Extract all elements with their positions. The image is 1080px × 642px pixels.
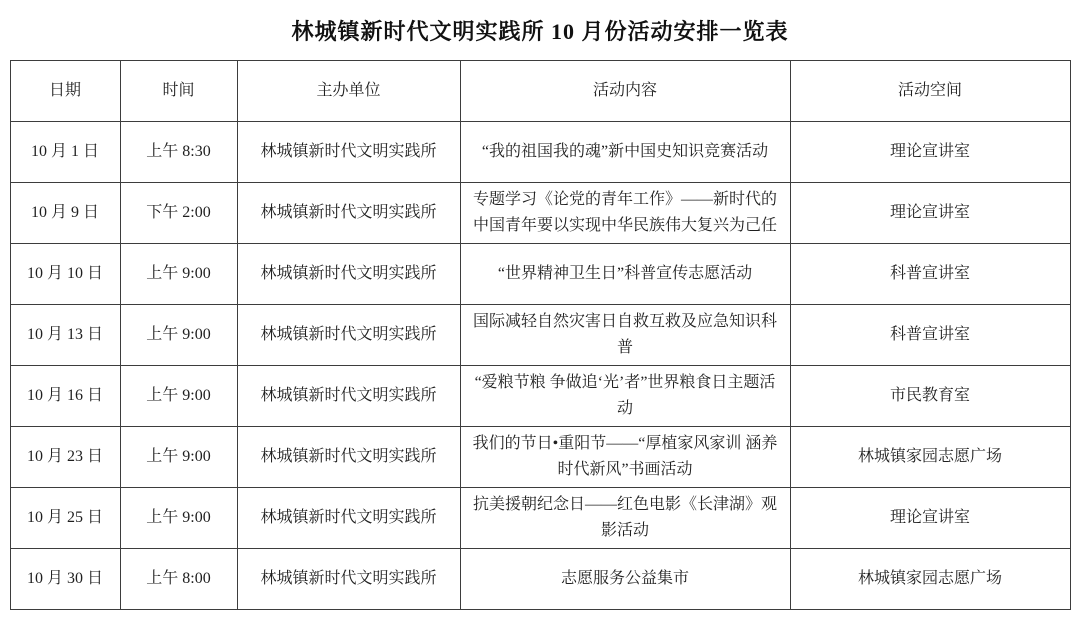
- cell-date: 10 月 1 日: [10, 122, 120, 183]
- cell-time: 上午 9:00: [120, 488, 237, 549]
- cell-time: 上午 9:00: [120, 366, 237, 427]
- cell-time: 上午 8:00: [120, 549, 237, 610]
- cell-activity: 志愿服务公益集市: [460, 549, 790, 610]
- cell-activity: 国际减轻自然灾害日自救互救及应急知识科普: [460, 305, 790, 366]
- cell-time: 下午 2:00: [120, 183, 237, 244]
- document-page: 林城镇新时代文明实践所 10 月份活动安排一览表 日期 时间 主办单位 活动内容…: [0, 0, 1080, 642]
- cell-activity: 专题学习《论党的青年工作》——新时代的中国青年要以实现中华民族伟大复兴为己任: [460, 183, 790, 244]
- cell-venue: 理论宣讲室: [790, 122, 1070, 183]
- cell-time: 上午 9:00: [120, 305, 237, 366]
- cell-organizer: 林城镇新时代文明实践所: [237, 183, 460, 244]
- cell-activity: “世界精神卫生日”科普宣传志愿活动: [460, 244, 790, 305]
- column-header-organizer: 主办单位: [237, 61, 460, 122]
- cell-time: 上午 9:00: [120, 244, 237, 305]
- cell-organizer: 林城镇新时代文明实践所: [237, 122, 460, 183]
- cell-venue: 林城镇家园志愿广场: [790, 427, 1070, 488]
- cell-date: 10 月 30 日: [10, 549, 120, 610]
- column-header-activity: 活动内容: [460, 61, 790, 122]
- cell-organizer: 林城镇新时代文明实践所: [237, 305, 460, 366]
- cell-venue: 市民教育室: [790, 366, 1070, 427]
- column-header-venue: 活动空间: [790, 61, 1070, 122]
- cell-venue: 科普宣讲室: [790, 305, 1070, 366]
- cell-date: 10 月 10 日: [10, 244, 120, 305]
- page-title: 林城镇新时代文明实践所 10 月份活动安排一览表: [0, 0, 1080, 60]
- cell-organizer: 林城镇新时代文明实践所: [237, 244, 460, 305]
- table-row: 10 月 13 日 上午 9:00 林城镇新时代文明实践所 国际减轻自然灾害日自…: [10, 305, 1070, 366]
- cell-activity: “我的祖国我的魂”新中国史知识竞赛活动: [460, 122, 790, 183]
- cell-activity: 我们的节日•重阳节——“厚植家风家训 涵养时代新风”书画活动: [460, 427, 790, 488]
- cell-organizer: 林城镇新时代文明实践所: [237, 366, 460, 427]
- cell-activity: 抗美援朝纪念日——红色电影《长津湖》观影活动: [460, 488, 790, 549]
- column-header-date: 日期: [10, 61, 120, 122]
- cell-time: 上午 8:30: [120, 122, 237, 183]
- table-header-row: 日期 时间 主办单位 活动内容 活动空间: [10, 61, 1070, 122]
- cell-date: 10 月 25 日: [10, 488, 120, 549]
- cell-activity: “爱粮节粮 争做追‘光’者”世界粮食日主题活动: [460, 366, 790, 427]
- table-row: 10 月 10 日 上午 9:00 林城镇新时代文明实践所 “世界精神卫生日”科…: [10, 244, 1070, 305]
- table-row: 10 月 23 日 上午 9:00 林城镇新时代文明实践所 我们的节日•重阳节—…: [10, 427, 1070, 488]
- cell-venue: 理论宣讲室: [790, 488, 1070, 549]
- cell-venue: 理论宣讲室: [790, 183, 1070, 244]
- cell-organizer: 林城镇新时代文明实践所: [237, 427, 460, 488]
- cell-time: 上午 9:00: [120, 427, 237, 488]
- cell-organizer: 林城镇新时代文明实践所: [237, 549, 460, 610]
- table-row: 10 月 25 日 上午 9:00 林城镇新时代文明实践所 抗美援朝纪念日——红…: [10, 488, 1070, 549]
- column-header-time: 时间: [120, 61, 237, 122]
- activity-schedule-table: 日期 时间 主办单位 活动内容 活动空间 10 月 1 日 上午 8:30 林城…: [10, 60, 1071, 610]
- table-row: 10 月 1 日 上午 8:30 林城镇新时代文明实践所 “我的祖国我的魂”新中…: [10, 122, 1070, 183]
- cell-date: 10 月 13 日: [10, 305, 120, 366]
- table-row: 10 月 9 日 下午 2:00 林城镇新时代文明实践所 专题学习《论党的青年工…: [10, 183, 1070, 244]
- cell-date: 10 月 9 日: [10, 183, 120, 244]
- cell-date: 10 月 23 日: [10, 427, 120, 488]
- cell-venue: 科普宣讲室: [790, 244, 1070, 305]
- table-row: 10 月 30 日 上午 8:00 林城镇新时代文明实践所 志愿服务公益集市 林…: [10, 549, 1070, 610]
- cell-venue: 林城镇家园志愿广场: [790, 549, 1070, 610]
- table-row: 10 月 16 日 上午 9:00 林城镇新时代文明实践所 “爱粮节粮 争做追‘…: [10, 366, 1070, 427]
- cell-date: 10 月 16 日: [10, 366, 120, 427]
- cell-organizer: 林城镇新时代文明实践所: [237, 488, 460, 549]
